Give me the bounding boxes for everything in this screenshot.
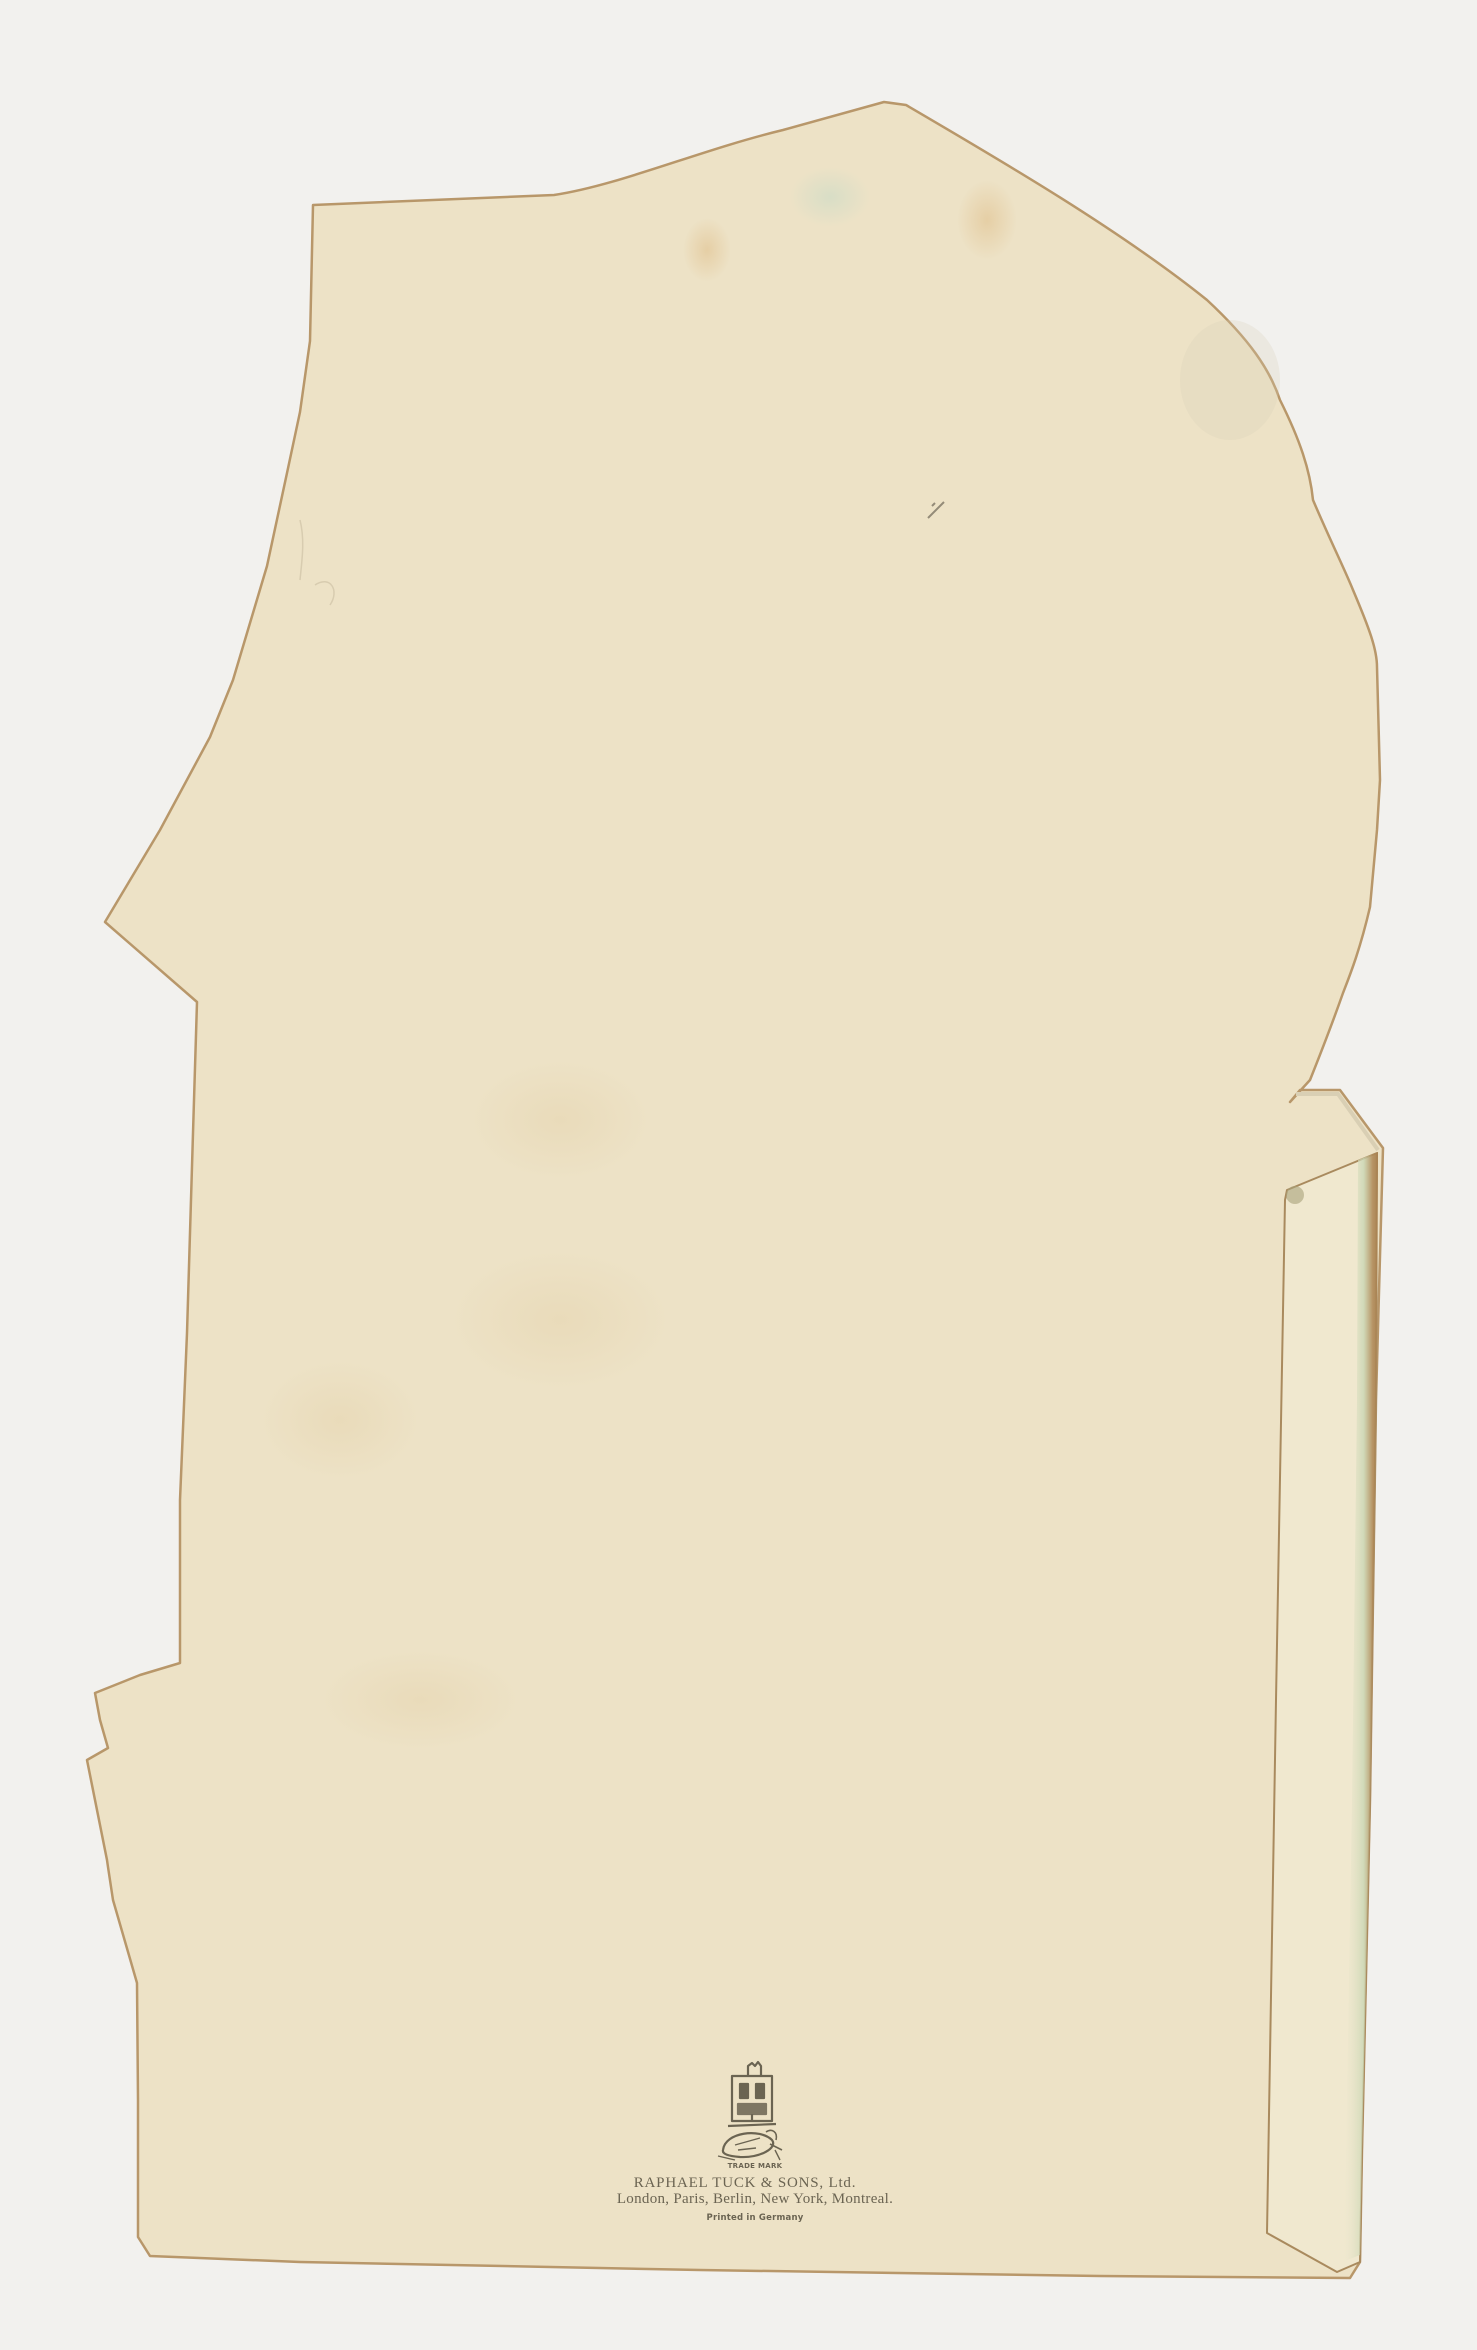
stain — [957, 180, 1017, 260]
printed-in-label: Printed in Germany — [690, 2213, 820, 2223]
trademark-label: TRADE MARK — [705, 2162, 805, 2170]
faint-stain — [1180, 320, 1280, 440]
faint-stain — [260, 1360, 420, 1480]
company-name: RAPHAEL TUCK & SONS, Ltd. — [590, 2175, 900, 2192]
stain — [683, 218, 731, 282]
card-body — [87, 102, 1383, 2278]
company-cities: London, Paris, Berlin, New York, Montrea… — [580, 2191, 930, 2208]
faint-stain — [450, 1250, 670, 1390]
faint-stain — [470, 1060, 650, 1180]
flap-corner-mark — [1286, 1186, 1304, 1204]
green-tint — [790, 167, 870, 227]
card-scan — [0, 0, 1477, 2350]
faint-stain — [320, 1650, 520, 1750]
